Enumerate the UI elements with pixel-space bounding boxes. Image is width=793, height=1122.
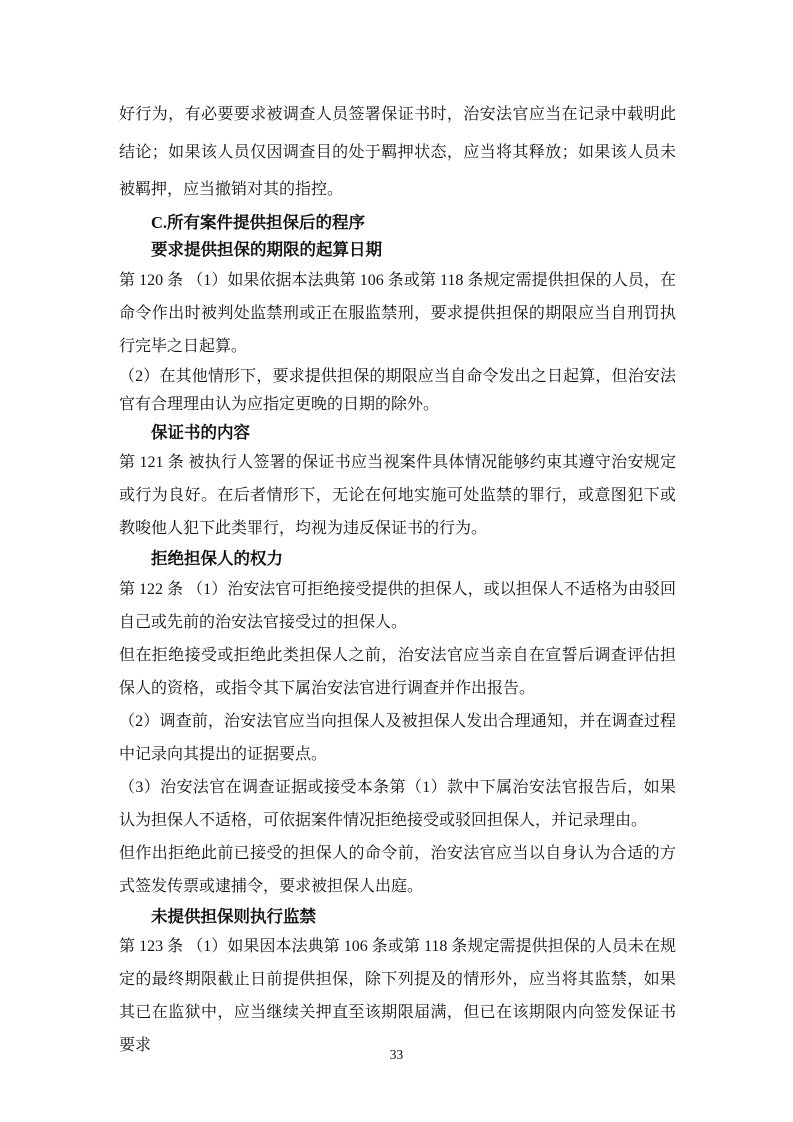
page-number: 33	[0, 1046, 793, 1064]
section-heading-commencement-date: 要求提供担保的期限的起算日期	[119, 236, 676, 264]
article-122-clause-3-proviso-paragraph: 但作出拒绝此前已接受的担保人的命令前，治安法官应当以自身认为合适的方式签发传票或…	[119, 837, 676, 903]
article-122-paragraph: 第 122 条 （1）治安法官可拒绝接受提供的担保人，或以担保人不适格为由驳回自…	[119, 573, 676, 639]
article-122-proviso-paragraph: 但在拒绝接受或拒绝此类担保人之前，治安法官应当亲自在宣誓后调查评估担保人的资格，…	[119, 639, 676, 705]
section-heading-bond-contents: 保证书的内容	[119, 419, 676, 447]
page-body: 好行为，有必要要求被调查人员签署保证书时，治安法官应当在记录中载明此结论；如果该…	[119, 96, 676, 1062]
article-121-paragraph: 第 121 条 被执行人签署的保证书应当视案件具体情况能够约束其遵守治安规定或行…	[119, 446, 676, 545]
section-heading-imprisonment-in-default: 未提供担保则执行监禁	[119, 903, 676, 931]
article-122-clause-3-paragraph: （3）治安法官在调查证据或接受本条第（1）款中下属治安法官报告后，如果认为担保人…	[119, 771, 676, 837]
article-120-clause-2-paragraph: （2）在其他情形下，要求提供担保的期限应当自命令发出之日起算，但治安法官有合理理…	[119, 363, 676, 419]
section-heading-procedure-after-bond: C.所有案件提供担保后的程序	[119, 209, 676, 237]
document-page: 好行为，有必要要求被调查人员签署保证书时，治安法官应当在记录中载明此结论；如果该…	[0, 0, 793, 1122]
article-122-clause-2-paragraph: （2）调查前，治安法官应当向担保人及被担保人发出合理通知，并在调查过程中记录向其…	[119, 705, 676, 771]
article-120-paragraph: 第 120 条 （1）如果依据本法典第 106 条或第 118 条规定需提供担保…	[119, 264, 676, 363]
body-paragraph: 好行为，有必要要求被调查人员签署保证书时，治安法官应当在记录中载明此结论；如果该…	[119, 96, 676, 209]
section-heading-power-to-reject-sureties: 拒绝担保人的权力	[119, 545, 676, 573]
article-123-paragraph: 第 123 条 （1）如果因本法典第 106 条或第 118 条规定需提供担保的…	[119, 930, 676, 1062]
